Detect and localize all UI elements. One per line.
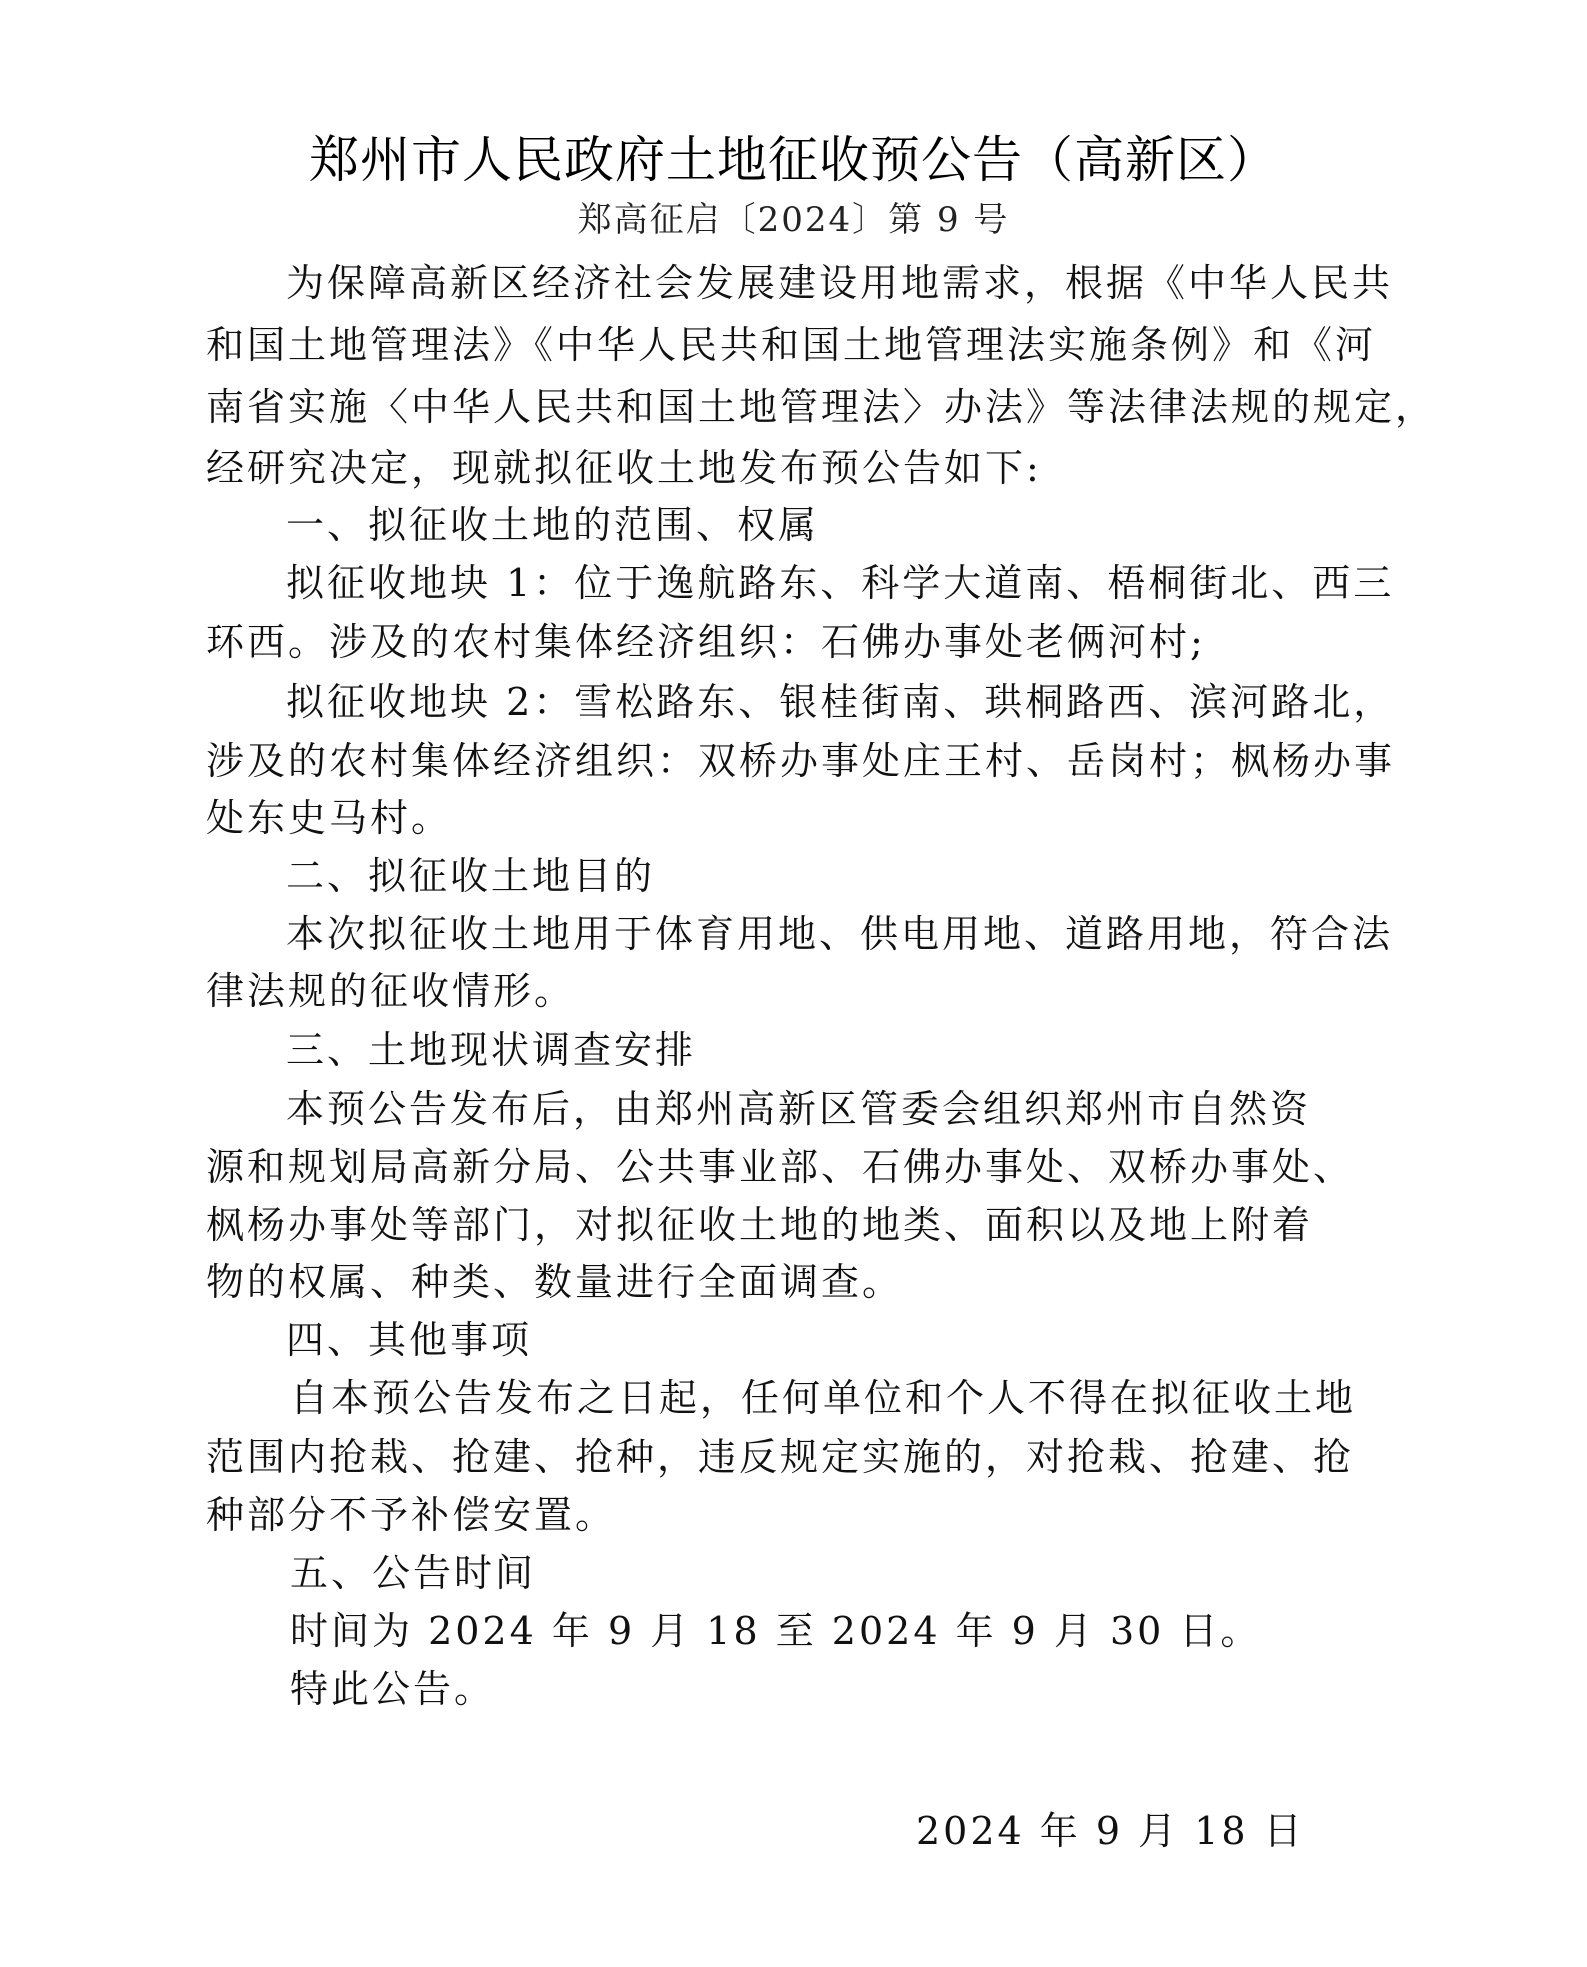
document-page: 郑州市人民政府土地征收预公告（高新区） 郑高征启〔2024〕第 9 号 为保障高… — [0, 0, 1587, 1967]
section-heading-2: 二、拟征收土地目的 — [286, 851, 655, 901]
body-line: 南省实施〈中华人民共和国土地管理法〉办法》等法律法规的规定， — [206, 382, 1436, 432]
document-title: 郑州市人民政府土地征收预公告（高新区） — [0, 128, 1587, 192]
body-line: 种部分不予补偿安置。 — [206, 1490, 616, 1540]
body-line: 律法规的征收情形。 — [206, 966, 575, 1016]
body-line: 时间为 2024 年 9 月 18 至 2024 年 9 月 30 日。 — [290, 1606, 1261, 1656]
closing-line: 特此公告。 — [290, 1664, 495, 1714]
section-heading-3: 三、土地现状调查安排 — [286, 1025, 696, 1075]
body-line: 处东史马村。 — [206, 793, 452, 843]
body-line: 经研究决定，现就拟征收土地发布预公告如下: — [206, 443, 1042, 493]
body-line: 自本预公告发布之日起，任何单位和个人不得在拟征收土地 — [290, 1373, 1356, 1423]
body-line: 源和规划局高新分局、公共事业部、石佛办事处、双桥办事处、 — [206, 1142, 1354, 1192]
document-number: 郑高征启〔2024〕第 9 号 — [0, 198, 1587, 242]
body-line: 范围内抢栽、抢建、抢种，违反规定实施的，对抢栽、抢建、抢 — [206, 1432, 1354, 1482]
body-line: 本次拟征收土地用于体育用地、供电用地、道路用地，符合法 — [286, 909, 1393, 959]
body-line: 和国土地管理法》《中华人民共和国土地管理法实施条例》和《河 — [206, 320, 1376, 370]
body-line: 拟征收地块 1：位于逸航路东、科学大道南、梧桐街北、西三 — [286, 558, 1394, 608]
body-line: 拟征收地块 2：雪松路东、银桂街南、珙桐路西、滨河路北， — [286, 677, 1394, 727]
section-heading-5: 五、公告时间 — [290, 1548, 536, 1598]
body-line: 环西。涉及的农村集体经济组织：石佛办事处老俩河村; — [206, 617, 1206, 667]
section-heading-4: 四、其他事项 — [286, 1315, 532, 1365]
body-line: 为保障高新区经济社会发展建设用地需求，根据《中华人民共 — [286, 258, 1393, 308]
body-line: 枫杨办事处等部门，对拟征收土地的地类、面积以及地上附着 — [206, 1200, 1313, 1250]
body-line: 涉及的农村集体经济组织：双桥办事处庄王村、岳岗村；枫杨办事 — [206, 736, 1395, 786]
signature-date: 2024 年 9 月 18 日 — [916, 1806, 1305, 1856]
section-heading-1: 一、拟征收土地的范围、权属 — [286, 500, 819, 550]
body-line: 本预公告发布后，由郑州高新区管委会组织郑州市自然资 — [286, 1084, 1311, 1134]
body-line: 物的权属、种类、数量进行全面调查。 — [206, 1257, 903, 1307]
